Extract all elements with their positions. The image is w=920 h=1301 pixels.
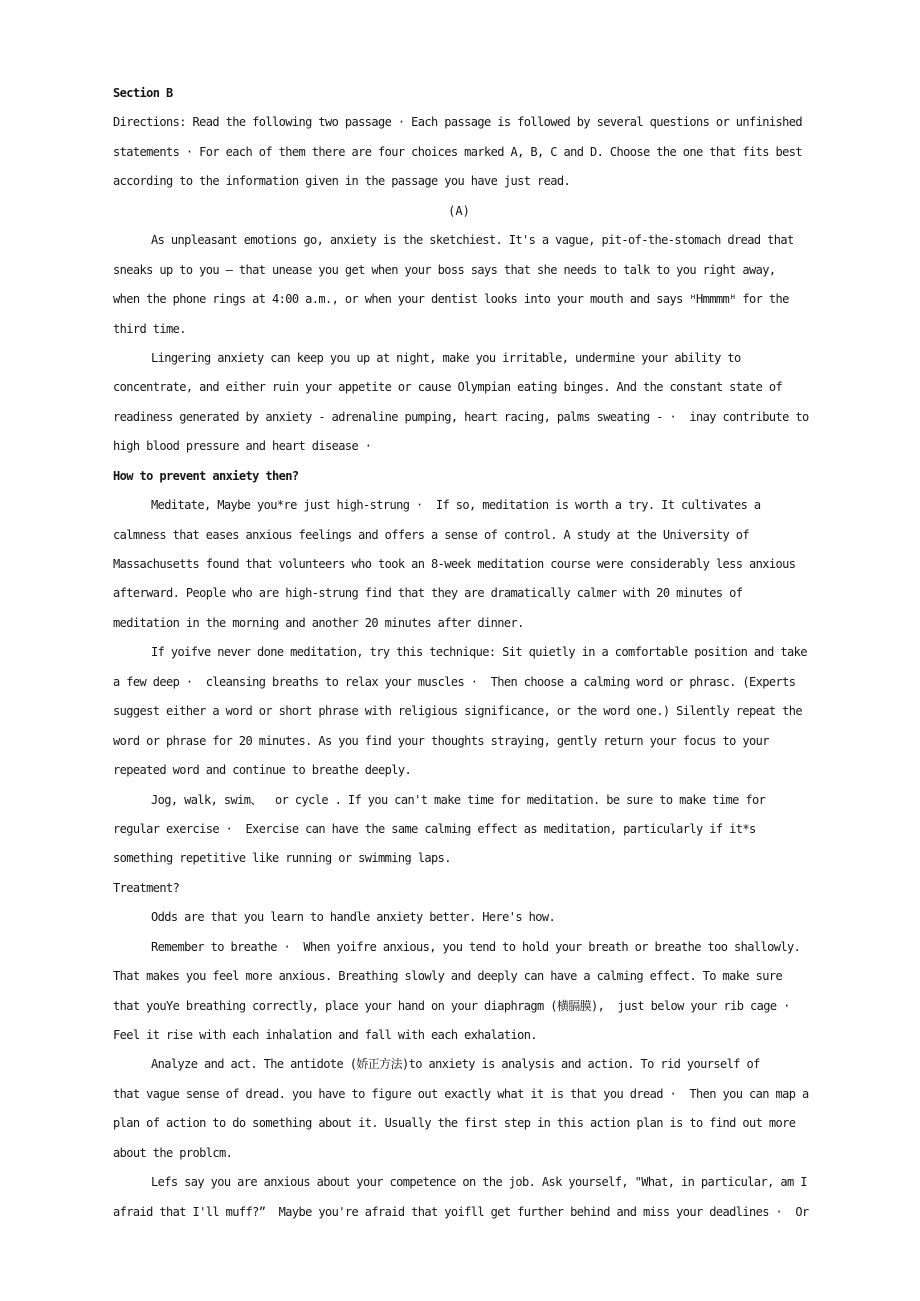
text-line: calmness that eases anxious feelings and… [113, 521, 805, 550]
text-line: Lefs say you are anxious about your comp… [113, 1168, 805, 1197]
text-line: Section B [113, 79, 805, 108]
text-line: That makes you feel more anxious. Breath… [113, 962, 805, 991]
text-line: Directions: Read the following two passa… [113, 108, 805, 137]
text-line: afterward. People who are high-strung fi… [113, 579, 805, 608]
text-line: according to the information given in th… [113, 167, 805, 196]
text-line: concentrate, and either ruin your appeti… [113, 373, 805, 402]
text-line: about the problcm. [113, 1139, 805, 1168]
text-line: If yoifve never done meditation, try thi… [113, 638, 805, 667]
text-line: Jog, walk, swim、 or cycle . If you can't… [113, 786, 805, 815]
document-page: Section BDirections: Read the following … [0, 0, 920, 1301]
text-line: a few deep · cleansing breaths to relax … [113, 668, 805, 697]
text-line: repeated word and continue to breathe de… [113, 756, 805, 785]
text-line: afraid that I'll muff?” Maybe you're afr… [113, 1198, 805, 1227]
text-line: Massachusetts found that volunteers who … [113, 550, 805, 579]
text-line: something repetitive like running or swi… [113, 844, 805, 873]
text-line: meditation in the morning and another 20… [113, 609, 805, 638]
text-line: that vague sense of dread. you have to f… [113, 1080, 805, 1109]
document-body: Section BDirections: Read the following … [113, 79, 805, 1227]
text-line: third time. [113, 315, 805, 344]
text-line: As unpleasant emotions go, anxiety is th… [113, 226, 805, 255]
text-line: Treatment? [113, 874, 805, 903]
text-line: high blood pressure and heart disease · [113, 432, 805, 461]
text-line: Analyze and act. The antidote (娇正方法)to a… [113, 1050, 805, 1079]
text-line: Lingering anxiety can keep you up at nig… [113, 344, 805, 373]
text-line: word or phrase for 20 minutes. As you fi… [113, 727, 805, 756]
text-line: readiness generated by anxiety - adrenal… [113, 403, 805, 432]
text-line: that youYe breathing correctly, place yo… [113, 992, 805, 1021]
text-line: Odds are that you learn to handle anxiet… [113, 903, 805, 932]
text-line: regular exercise · Exercise can have the… [113, 815, 805, 844]
text-line: Meditate, Maybe you*re just high-strung … [113, 491, 805, 520]
text-line: plan of action to do something about it.… [113, 1109, 805, 1138]
text-line: How to prevent anxiety then? [113, 462, 805, 491]
text-line: statements · For each of them there are … [113, 138, 805, 167]
text-line: suggest either a word or short phrase wi… [113, 697, 805, 726]
text-line: Remember to breathe · When yoifre anxiou… [113, 933, 805, 962]
text-line: Feel it rise with each inhalation and fa… [113, 1021, 805, 1050]
text-line: (A) [113, 197, 805, 226]
text-line: sneaks up to you — that unease you get w… [113, 256, 805, 285]
text-line: when the phone rings at 4:00 a.m., or wh… [113, 285, 805, 314]
